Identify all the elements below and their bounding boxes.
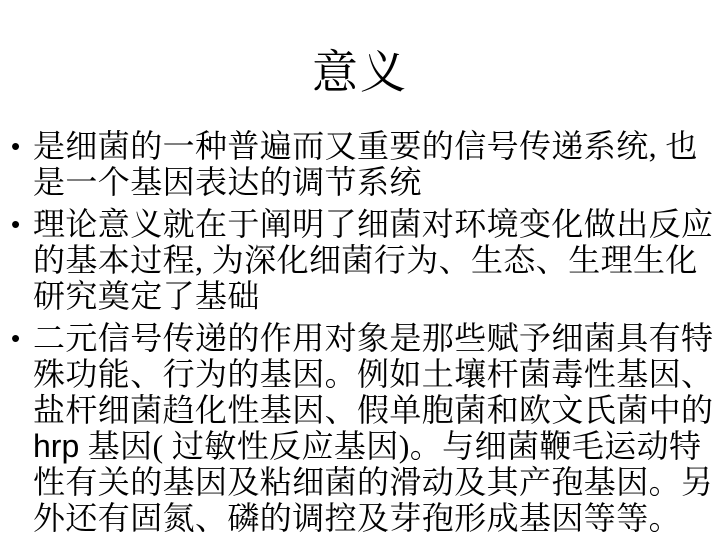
text-segment: 是细菌的一种普遍而又重要的信号传递系统, 也 [33, 128, 698, 164]
bullet-text: 理论意义就在于阐明了细菌对环境变化做出反应的基本过程, 为深化细菌行为、生态、生… [33, 206, 713, 314]
text-segment: 基因( 过敏性反应基因)。与细菌鞭毛运动特 [79, 428, 701, 464]
text-line: hrp 基因( 过敏性反应基因)。与细菌鞭毛运动特 [33, 428, 713, 464]
bullet-marker-icon: • [11, 320, 33, 356]
text-line: 性有关的基因及粘细菌的滑动及其产孢基因。另 [33, 464, 713, 500]
bullet-item: •是细菌的一种普遍而又重要的信号传递系统, 也是一个基因表达的调节系统 [11, 128, 713, 200]
text-segment: 外还有固氮、磷的调控及芽孢形成基因等等。 [33, 500, 681, 536]
bullet-marker-icon: • [11, 128, 33, 164]
latin-term: hrp [33, 428, 79, 464]
text-segment: 性有关的基因及粘细菌的滑动及其产孢基因。另 [33, 464, 713, 500]
slide-title: 意义 [0, 45, 720, 101]
text-line: 二元信号传递的作用对象是那些赋予细菌具有特 [33, 320, 713, 356]
text-segment: 理论意义就在于阐明了细菌对环境变化做出反应 [33, 206, 713, 242]
text-line: 殊功能、行为的基因。例如土壤杆菌毒性基因、 [33, 356, 713, 392]
bullet-text: 二元信号传递的作用对象是那些赋予细菌具有特殊功能、行为的基因。例如土壤杆菌毒性基… [33, 320, 713, 536]
text-segment: 盐杆细菌趋化性基因、假单胞菌和欧文氏菌中的 [33, 392, 713, 428]
text-line: 研究奠定了基础 [33, 278, 713, 314]
text-line: 理论意义就在于阐明了细菌对环境变化做出反应 [33, 206, 713, 242]
text-segment: 研究奠定了基础 [33, 278, 260, 314]
text-segment: 的基本过程, 为深化细菌行为、生态、生理生化 [33, 242, 698, 278]
text-segment: 殊功能、行为的基因。例如土壤杆菌毒性基因、 [33, 356, 713, 392]
slide: 意义 •是细菌的一种普遍而又重要的信号传递系统, 也是一个基因表达的调节系统•理… [0, 0, 720, 540]
text-line: 是细菌的一种普遍而又重要的信号传递系统, 也 [33, 128, 713, 164]
bullet-text: 是细菌的一种普遍而又重要的信号传递系统, 也是一个基因表达的调节系统 [33, 128, 713, 200]
bullet-item: •理论意义就在于阐明了细菌对环境变化做出反应的基本过程, 为深化细菌行为、生态、… [11, 206, 713, 314]
text-line: 是一个基因表达的调节系统 [33, 164, 713, 200]
text-segment: 是一个基因表达的调节系统 [33, 164, 422, 200]
text-segment: 二元信号传递的作用对象是那些赋予细菌具有特 [33, 320, 713, 356]
bullet-item: •二元信号传递的作用对象是那些赋予细菌具有特殊功能、行为的基因。例如土壤杆菌毒性… [11, 320, 713, 536]
bullet-marker-icon: • [11, 206, 33, 242]
text-line: 的基本过程, 为深化细菌行为、生态、生理生化 [33, 242, 713, 278]
text-line: 外还有固氮、磷的调控及芽孢形成基因等等。 [33, 500, 713, 536]
bullet-list: •是细菌的一种普遍而又重要的信号传递系统, 也是一个基因表达的调节系统•理论意义… [11, 128, 713, 540]
text-line: 盐杆细菌趋化性基因、假单胞菌和欧文氏菌中的 [33, 392, 713, 428]
